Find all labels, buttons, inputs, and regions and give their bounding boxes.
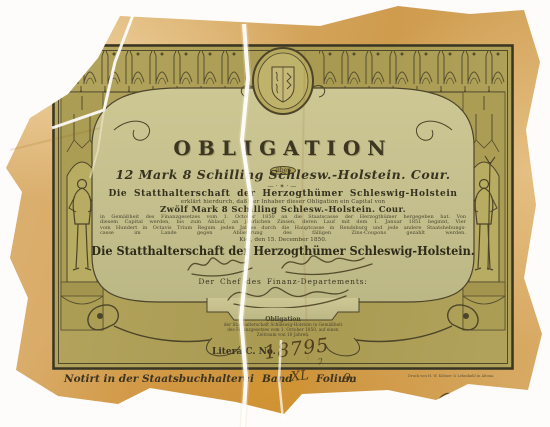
registry-notirt-label: Notirt in der Staatsbuchhalterei (64, 373, 254, 385)
registry-folium-value: 9. (343, 371, 355, 386)
photo-background: OBLIGATION über 12 Mark 8 Schilling Schl… (0, 0, 550, 427)
denomination-line: 12 Mark 8 Schilling Schlesw.-Holstein. C… (52, 167, 514, 182)
issuer-line: Die Statthalterschaft der Herzogthümer S… (52, 189, 514, 199)
certificate-paper: OBLIGATION über 12 Mark 8 Schilling Schl… (0, 0, 550, 427)
printer-imprint: Druck von H. W. Köbner & Lehmkuhl in Alt… (408, 374, 498, 378)
signature-finance-chief (220, 282, 355, 308)
registry-band-value: XL (290, 368, 309, 385)
body-line: casse im Lande gegen Ablieferung des fäl… (100, 231, 466, 236)
signature-bottom-right (392, 382, 532, 420)
corner-number: 417. (488, 394, 517, 414)
signature-commissioners (182, 250, 397, 278)
engraved-plate: OBLIGATION über 12 Mark 8 Schilling Schl… (52, 44, 514, 370)
obligation-note: Obligation der Statthalterschaft Schlesw… (213, 316, 353, 337)
registry-band-label: Band (262, 373, 293, 385)
place-date-line: Kiel, den 15. December 1850. (52, 237, 514, 243)
body-paragraph: in Gemäßheit des Finanzgesetzes vom 1. O… (100, 215, 466, 236)
